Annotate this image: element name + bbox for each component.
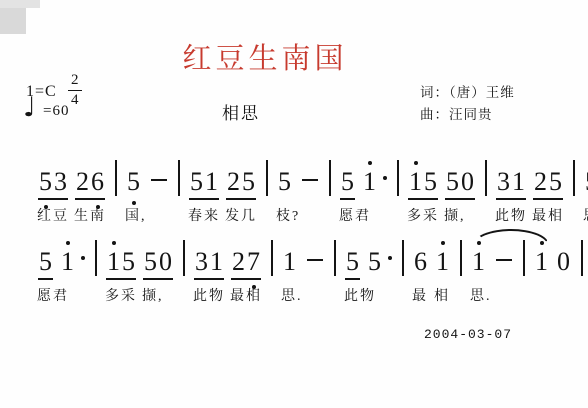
- note-char: 5: [143, 247, 158, 277]
- lyric-syllable: 此物: [193, 285, 225, 305]
- barline: [460, 240, 462, 276]
- note-digit: 1: [534, 247, 549, 276]
- note-digit: 5: [189, 167, 204, 196]
- note-group: 15多采: [408, 167, 438, 200]
- note-group: 26生南: [75, 167, 105, 200]
- note-char: 3: [194, 247, 209, 277]
- augmentation-dot: [388, 256, 392, 260]
- note-digit: 1: [471, 247, 486, 276]
- note-char: 6: [90, 167, 105, 197]
- notes: 1: [534, 247, 549, 279]
- note-char: 2: [231, 247, 246, 277]
- beamed-notes: 51: [189, 167, 219, 200]
- lyric-syllable: 国,: [125, 205, 147, 225]
- note-char: 1: [471, 247, 486, 277]
- lyric-syllable: 最: [412, 285, 428, 305]
- note-digit: 3: [194, 247, 209, 276]
- note-digit: 5: [345, 247, 360, 276]
- note-char: 3: [53, 167, 68, 197]
- note-digit: 1: [282, 247, 297, 276]
- note-group: 5思.: [584, 167, 588, 199]
- lyric-syllable: 多采: [105, 285, 137, 305]
- barline: [266, 160, 268, 196]
- note-char: 5: [445, 167, 460, 197]
- note-char: 5: [345, 247, 360, 277]
- note-digit: 6: [90, 167, 105, 196]
- octave-dot-high: [441, 241, 445, 245]
- lyric-syllable: 发几: [225, 205, 257, 225]
- note-char: 1: [106, 247, 121, 277]
- credits-block: 词：（唐）王维 曲：汪同贵: [420, 82, 515, 126]
- lyric-syllable: 撷,: [444, 205, 466, 225]
- note-digit: 5: [548, 167, 563, 196]
- notes: 5: [367, 247, 382, 279]
- lyricist-credit: 词：（唐）王维: [420, 82, 515, 104]
- beamed-notes: 15: [408, 167, 438, 200]
- note-char: 1: [408, 167, 423, 197]
- note-digit: 5: [38, 167, 53, 196]
- notes: 6: [413, 247, 428, 279]
- barline: [485, 160, 487, 196]
- octave-dot-high: [414, 161, 418, 165]
- lyric-syllable: 愿君: [37, 285, 69, 305]
- date-stamp: 2004-03-07: [424, 327, 512, 342]
- note-digit: 2: [231, 247, 246, 276]
- note-char: 2: [533, 167, 548, 197]
- note-digit: 5: [121, 247, 136, 276]
- notes: 1: [471, 247, 486, 279]
- barline: [271, 240, 273, 276]
- note-char: 7: [246, 247, 261, 277]
- note-digit: 2: [226, 167, 241, 196]
- barline: [178, 160, 180, 196]
- note-char: 5: [126, 167, 141, 197]
- barline: [334, 240, 336, 276]
- beamed-notes: 53: [38, 167, 68, 200]
- note-digit: 1: [106, 247, 121, 276]
- lyric-syllable: 此物: [495, 205, 527, 225]
- lyric-syllable: 愿君: [339, 205, 371, 225]
- beamed-notes: 25: [533, 167, 563, 200]
- note-group: 5国,: [126, 167, 141, 199]
- notes: 1: [60, 247, 75, 279]
- score-line-1: 53红豆26生南5国,51春来25发几5枝?5愿君115多采50撷,31此物25…: [38, 160, 588, 224]
- octave-dot-high: [112, 241, 116, 245]
- beamed-notes: 15: [106, 247, 136, 280]
- note-char: 5: [189, 167, 204, 197]
- time-signature-numerator: 2: [68, 72, 82, 91]
- note-group: 5愿君: [340, 167, 355, 200]
- note-char: 5: [548, 167, 563, 197]
- note-char: 1: [511, 167, 526, 197]
- lyric-syllable: 思.: [583, 205, 588, 225]
- note-digit: 5: [126, 167, 141, 196]
- note-char: 5: [423, 167, 438, 197]
- lyric-syllable: 思.: [281, 285, 303, 305]
- note-digit: 1: [435, 247, 450, 276]
- note-digit: 1: [511, 167, 526, 196]
- note-digit: 1: [408, 167, 423, 196]
- note-char: 1: [362, 167, 377, 197]
- note-digit: 0: [158, 247, 173, 276]
- barline: [95, 240, 97, 276]
- beamed-notes: 5: [340, 167, 355, 200]
- notes: 5: [584, 167, 588, 199]
- note-char: 6: [413, 247, 428, 277]
- notes: 1: [362, 167, 377, 199]
- quarter-note-icon: ♩: [23, 94, 36, 121]
- beamed-notes: 31: [194, 247, 224, 280]
- note-char: 1: [282, 247, 297, 277]
- note-group: 5: [367, 247, 392, 279]
- note-group: 1相: [435, 247, 450, 279]
- note-char: 5: [340, 167, 355, 197]
- lyric-syllable: 春来: [188, 205, 220, 225]
- note-char: 1: [204, 167, 219, 197]
- note-digit: 1: [204, 167, 219, 196]
- note-char: 5: [277, 167, 292, 197]
- beamed-notes: 5: [345, 247, 360, 280]
- note-digit: 5: [584, 167, 588, 196]
- note-digit: 1: [362, 167, 377, 196]
- lyric-syllable: 生南: [74, 205, 106, 225]
- note-digit: 1: [60, 247, 75, 276]
- lyric-syllable: 枝?: [276, 205, 300, 225]
- note-group: 25最相: [533, 167, 563, 200]
- note-char: 3: [496, 167, 511, 197]
- beamed-notes: 25: [226, 167, 256, 200]
- notes: 5: [126, 167, 141, 199]
- note-digit: 3: [53, 167, 68, 196]
- key-tempo-block: 1=C 2 4 ♩ =60: [26, 76, 126, 128]
- note-char: 0: [158, 247, 173, 277]
- augmentation-dot: [81, 256, 85, 260]
- note-group: 53红豆: [38, 167, 68, 200]
- note-char: 0: [460, 167, 475, 197]
- note-group: 50撷,: [143, 247, 173, 280]
- barline: [397, 160, 399, 196]
- time-signature-denominator: 4: [68, 91, 82, 109]
- note-digit: 1: [209, 247, 224, 276]
- note-char: 5: [121, 247, 136, 277]
- note-digit: 6: [413, 247, 428, 276]
- note-group: 31此物: [194, 247, 224, 280]
- note-group: 1: [362, 167, 387, 199]
- note-digit: 5: [445, 167, 460, 196]
- note-char: 2: [75, 167, 90, 197]
- note-group: 5此物: [345, 247, 360, 280]
- augmentation-dot: [383, 176, 387, 180]
- note-char: 5: [38, 247, 53, 277]
- note-char: 1: [534, 247, 549, 277]
- barline: [523, 240, 525, 276]
- lyric-syllable: 最相: [532, 205, 564, 225]
- note-char: 5: [367, 247, 382, 277]
- song-title: 红豆生南国: [0, 36, 530, 77]
- notes: 1: [435, 247, 450, 279]
- note-char: 1: [209, 247, 224, 277]
- note-group: 1: [60, 247, 85, 279]
- lyric-syllable: 红豆: [37, 205, 69, 225]
- octave-dot-high: [368, 161, 372, 165]
- note-digit: 5: [143, 247, 158, 276]
- note-group: 5愿君: [38, 247, 53, 280]
- note-char: 0: [556, 247, 571, 277]
- note-char: 5: [241, 167, 256, 197]
- tie-arc: [473, 229, 549, 245]
- lyric-syllable: 思.: [470, 285, 492, 305]
- notes: 5: [277, 167, 292, 199]
- barline: [581, 240, 583, 276]
- note-digit: 5: [340, 167, 355, 196]
- lyric-syllable: 撷,: [142, 285, 164, 305]
- dash-extension: [307, 259, 323, 261]
- note-digit: 5: [277, 167, 292, 196]
- note-char: 1: [60, 247, 75, 277]
- note-group: 1思.: [282, 247, 297, 279]
- note-group: 27最相: [231, 247, 261, 280]
- note-group: 1: [534, 247, 549, 279]
- time-signature: 2 4: [68, 72, 82, 109]
- note-group: 5枝?: [277, 167, 292, 199]
- lyric-syllable: 最相: [230, 285, 262, 305]
- dash-extension: [496, 259, 512, 261]
- note-char: 5: [38, 167, 53, 197]
- note-group: 1思.: [471, 247, 486, 279]
- note-group: 31此物: [496, 167, 526, 200]
- tempo-value: =60: [43, 103, 69, 120]
- note-digit: 0: [460, 167, 475, 196]
- barline: [329, 160, 331, 196]
- beamed-notes: 50: [143, 247, 173, 280]
- scan-artifact-strip: [0, 0, 40, 8]
- barline: [183, 240, 185, 276]
- lyric-syllable: 相: [434, 285, 450, 305]
- notes: 1: [282, 247, 297, 279]
- lyric-syllable: 此物: [344, 285, 376, 305]
- note-char: 2: [226, 167, 241, 197]
- note-digit: 2: [533, 167, 548, 196]
- composer-credit: 曲：汪同贵: [420, 104, 515, 126]
- lyric-syllable: 多采: [407, 205, 439, 225]
- note-char: 5: [584, 167, 588, 197]
- score-line-2: 5愿君115多采50撷,31此物27最相1思.5此物56最1相1思.10: [38, 240, 588, 304]
- dash-extension: [151, 179, 167, 181]
- note-digit: 5: [241, 167, 256, 196]
- note-digit: 5: [423, 167, 438, 196]
- note-digit: 5: [38, 247, 53, 276]
- note-group: 51春来: [189, 167, 219, 200]
- note-digit: 7: [246, 247, 261, 276]
- barline: [115, 160, 117, 196]
- barline: [402, 240, 404, 276]
- beamed-notes: 5: [38, 247, 53, 280]
- note-digit: 2: [75, 167, 90, 196]
- octave-dot-high: [66, 241, 70, 245]
- note-group: 15多采: [106, 247, 136, 280]
- note-group: 25发几: [226, 167, 256, 200]
- note-group: 50撷,: [445, 167, 475, 200]
- note-digit: 3: [496, 167, 511, 196]
- note-group: 6最: [413, 247, 428, 279]
- beamed-notes: 50: [445, 167, 475, 200]
- note-group: 0: [556, 247, 571, 279]
- beamed-notes: 26: [75, 167, 105, 200]
- note-char: 1: [435, 247, 450, 277]
- dash-extension: [302, 179, 318, 181]
- barline: [573, 160, 575, 196]
- note-digit: 5: [367, 247, 382, 276]
- note-digit: 0: [556, 247, 571, 276]
- beamed-notes: 27: [231, 247, 261, 280]
- notes: 0: [556, 247, 571, 279]
- music-sheet: 红豆生南国 相思 1=C 2 4 ♩ =60 词：（唐）王维 曲：汪同贵 53红…: [0, 0, 588, 408]
- beamed-notes: 31: [496, 167, 526, 200]
